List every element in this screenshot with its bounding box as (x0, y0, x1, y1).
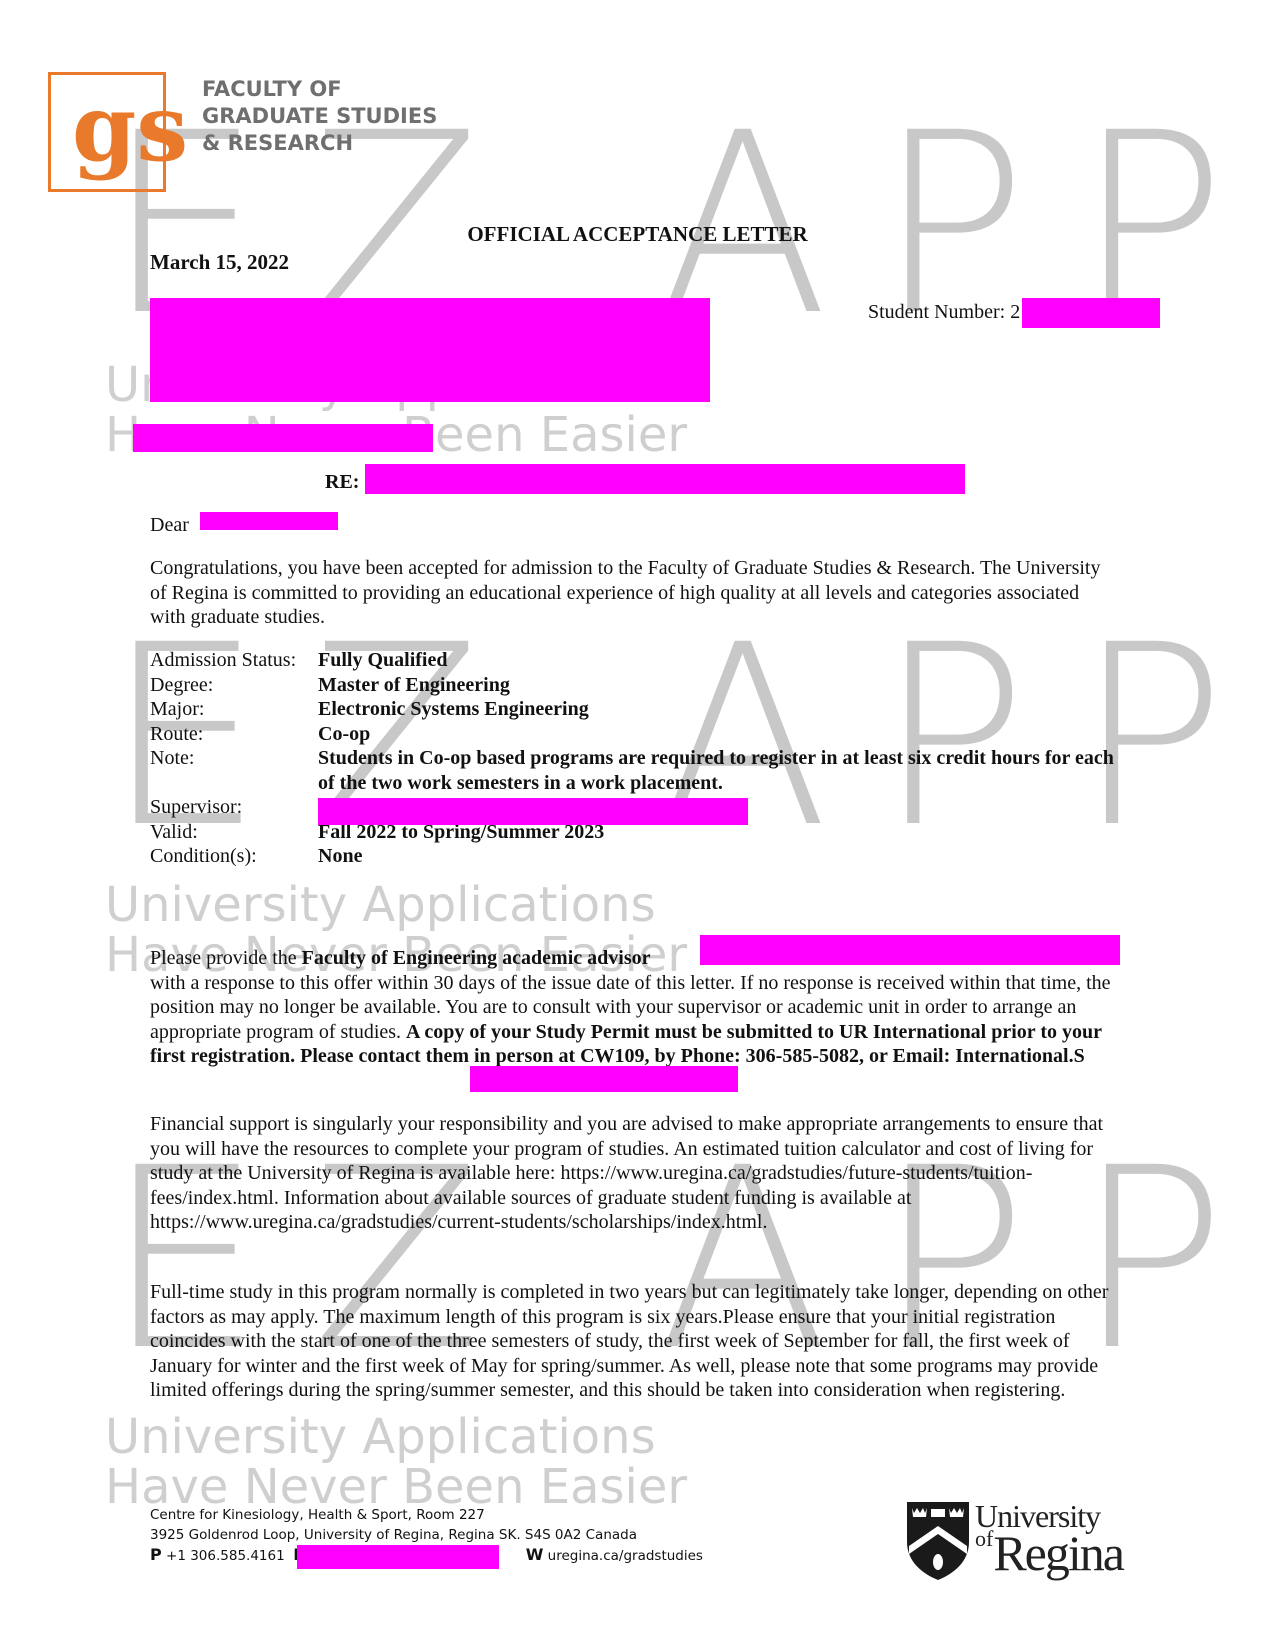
footer-address-line1: Centre for Kinesiology, Health & Sport, … (150, 1505, 703, 1525)
detail-row: Degree:Master of Engineering (150, 673, 1118, 698)
detail-row: Note:Students in Co-op based programs ar… (150, 746, 1118, 795)
redacted-student-number (1022, 298, 1160, 328)
watermark-tagline-line1: University Applications (105, 880, 687, 930)
intro-paragraph: Congratulations, you have been accepted … (150, 556, 1110, 630)
detail-value: Students in Co-op based programs are req… (318, 746, 1118, 795)
detail-label: Degree: (150, 673, 318, 698)
redacted-re-subject (365, 464, 965, 494)
university-shield-icon (905, 1500, 971, 1582)
faculty-name-line1: FACULTY OF (202, 76, 437, 103)
detail-value: Electronic Systems Engineering (318, 697, 1118, 722)
student-number-label: Student Number: 2 (868, 300, 1020, 325)
phone-label: P (150, 1545, 162, 1564)
detail-value: Co-op (318, 722, 1118, 747)
redacted-international-email (470, 1066, 738, 1092)
university-wordmark: University ofRegina (975, 1500, 1123, 1578)
redacted-footer-email (297, 1545, 499, 1569)
web-address[interactable]: uregina.ca/gradstudies (548, 1548, 703, 1564)
duration-paragraph: Full-time study in this program normally… (150, 1280, 1125, 1403)
response-text-1: Please provide the (150, 947, 302, 969)
re-label: RE: (325, 470, 359, 495)
faculty-name: FACULTY OF GRADUATE STUDIES & RESEARCH (202, 76, 437, 157)
redacted-supervisor (318, 798, 748, 825)
redacted-recipient-name (200, 512, 338, 530)
faculty-name-line2: GRADUATE STUDIES (202, 103, 437, 130)
detail-row: Condition(s):None (150, 844, 1118, 869)
detail-label: Route: (150, 722, 318, 747)
watermark-tagline-3: University Applications Have Never Been … (105, 1412, 687, 1513)
university-wordmark-of: of (975, 1526, 993, 1551)
admission-details: Admission Status:Fully QualifiedDegree:M… (150, 648, 1118, 869)
detail-row: Major:Electronic Systems Engineering (150, 697, 1118, 722)
letter-date: March 15, 2022 (150, 250, 289, 275)
redacted-recipient-line (133, 424, 433, 452)
detail-label: Condition(s): (150, 844, 318, 869)
university-wordmark-line2: Regina (993, 1525, 1123, 1581)
letter-title: OFFICIAL ACCEPTANCE LETTER (0, 222, 1275, 247)
detail-value: Master of Engineering (318, 673, 1118, 698)
detail-row: Route:Co-op (150, 722, 1118, 747)
salutation: Dear (150, 513, 189, 538)
advisor-emphasis: Faculty of Engineering academic advisor (302, 947, 651, 969)
detail-label: Supervisor: (150, 795, 318, 820)
detail-label: Major: (150, 697, 318, 722)
detail-row: Admission Status:Fully Qualified (150, 648, 1118, 673)
footer-address-line2: 3925 Goldenrod Loop, University of Regin… (150, 1525, 703, 1545)
faculty-name-line3: & RESEARCH (202, 130, 437, 157)
watermark-tagline-line1: University Applications (105, 1412, 687, 1462)
phone-number: +1 306.585.4161 (166, 1548, 285, 1564)
financial-paragraph: Financial support is singularly your res… (150, 1112, 1115, 1235)
detail-value: None (318, 844, 1118, 869)
web-label: W (526, 1545, 544, 1564)
redacted-advisor-contact (700, 935, 1120, 965)
university-wordmark-line2-wrap: ofRegina (975, 1528, 1123, 1578)
detail-label: Admission Status: (150, 648, 318, 673)
redacted-recipient-address (150, 298, 710, 402)
detail-label: Valid: (150, 820, 318, 845)
faculty-logo-monogram-icon: gs (72, 82, 188, 174)
detail-value: Fully Qualified (318, 648, 1118, 673)
detail-label: Note: (150, 746, 318, 795)
